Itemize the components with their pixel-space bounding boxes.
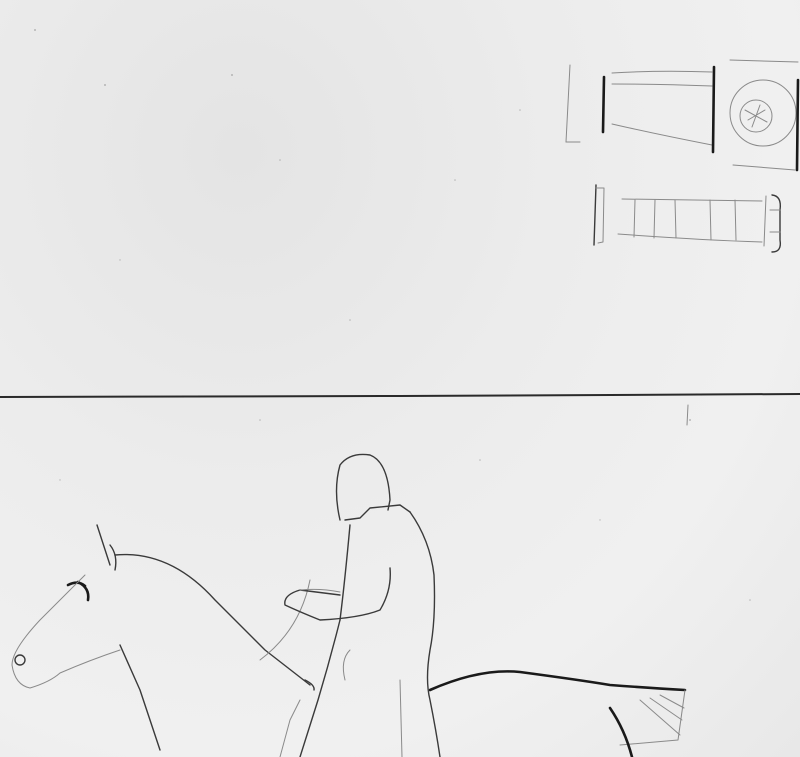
column-sketch: [594, 185, 780, 252]
sketch-sheet: [0, 0, 800, 757]
paper-specks: [34, 29, 751, 601]
rider: [285, 454, 440, 757]
drawing: [0, 0, 800, 757]
horse: [12, 525, 685, 757]
stray-mark: [687, 405, 688, 425]
upper-object-sketch: [566, 60, 798, 170]
dividing-rule: [0, 394, 800, 397]
